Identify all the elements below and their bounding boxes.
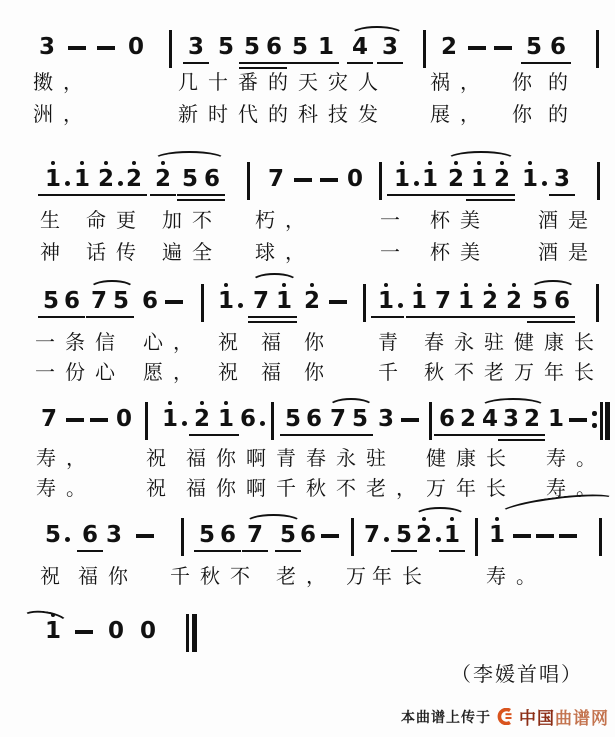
lyric-segment: 老，: [366, 478, 426, 500]
final-barline-thin: [186, 614, 189, 652]
lyric-segment: 你: [512, 104, 542, 126]
lyric-segment: 遍全: [162, 242, 222, 264]
lyric-segment: 洲，: [33, 104, 93, 126]
lyric-segment: 命更: [86, 210, 146, 232]
octave-dot: [417, 283, 421, 287]
beam-underline: [150, 194, 176, 196]
note-number: 0: [111, 406, 137, 432]
note: 2: [93, 160, 119, 208]
barline: [169, 30, 172, 68]
slur-arc: [480, 398, 546, 416]
dash-mark: [321, 534, 339, 538]
lyric-segment: 的: [548, 104, 578, 126]
note-number: 2: [93, 166, 119, 192]
barline: [363, 284, 366, 322]
note: 2: [501, 282, 527, 330]
note-number: 2: [189, 406, 215, 432]
beam-underline: [521, 62, 547, 64]
beam-underline: [417, 194, 443, 196]
octave-dot: [224, 401, 228, 405]
note-number: 0: [103, 618, 129, 644]
note: 6: [77, 516, 103, 564]
lyric-segment: 老，: [276, 566, 336, 588]
note: 6: [137, 282, 163, 330]
note: 0: [342, 160, 368, 208]
score-system: 56756171211712256一条信心，祝福你青春永驻健康长一份心愿，祝福你…: [0, 282, 615, 392]
barline: [351, 518, 354, 556]
dash-mark: [294, 178, 312, 182]
lyric-segment: 千: [378, 362, 408, 384]
note: 6: [261, 28, 287, 76]
final-barline-thick: [192, 614, 197, 652]
barline: [271, 402, 274, 440]
dash-mark: [75, 630, 93, 634]
slur-arc: [245, 514, 302, 532]
slur-arc: [530, 280, 576, 298]
lyric-segment: 酒是: [538, 210, 598, 232]
lyric-segment: 寿。: [486, 566, 546, 588]
lyric-segment: 几十番的天灾人: [178, 72, 388, 94]
lyric-segment: 你: [304, 332, 334, 354]
octave-dot: [495, 517, 499, 521]
lyric-segment: 愿，: [143, 362, 203, 384]
duration-dash: [86, 400, 112, 448]
duration-dash: [397, 400, 423, 448]
beam-underline: [387, 194, 420, 196]
lyric-segment: 福: [261, 362, 291, 384]
note-number: 6: [215, 522, 241, 548]
note-number: 6: [235, 406, 261, 432]
note: 2: [121, 160, 147, 208]
barline: [475, 518, 478, 556]
octave-dot: [400, 161, 404, 165]
lyric-segment: 一: [380, 210, 410, 232]
augmentation-dot: [65, 537, 70, 542]
note-number: 3: [34, 34, 60, 60]
beam-underline-2: [489, 199, 515, 201]
lyric-segment: 健康长: [426, 448, 516, 470]
note: 6: [59, 282, 85, 330]
lyric-segment: 新时代的科技发: [178, 104, 388, 126]
barline: [596, 284, 599, 322]
augmentation-dot: [398, 303, 403, 308]
beam-underline: [501, 316, 527, 318]
note-number: 2: [501, 288, 527, 314]
note-number: 2: [150, 166, 176, 192]
duration-dash: [464, 28, 490, 76]
note-number: 6: [59, 288, 85, 314]
barline: [423, 30, 426, 68]
footer-watermark: 本曲谱上传于 中国曲谱网: [401, 704, 609, 729]
note: 6: [301, 400, 327, 448]
lyric-segment: 话传: [86, 242, 146, 264]
note: 1: [417, 160, 443, 208]
note: 6: [235, 400, 261, 448]
note-number: 1: [213, 288, 239, 314]
lyric-segment: 一: [380, 242, 410, 264]
note: 2: [299, 282, 325, 330]
duration-dash: [161, 282, 187, 330]
slur-arc: [446, 151, 516, 169]
dash-mark: [494, 46, 512, 50]
note-number: 2: [411, 522, 437, 548]
note: 0: [123, 28, 149, 76]
lyric-segment: 祝: [218, 362, 248, 384]
note: 1: [69, 160, 95, 208]
score-system: 3035565143256擞，几十番的天灾人祸，你的洲，新时代的科技发展，你的: [0, 28, 615, 138]
dash-mark: [66, 418, 84, 422]
octave-dot: [464, 283, 468, 287]
note-number: 3: [101, 522, 127, 548]
repeat-barline-part: [600, 402, 603, 440]
duration-dash: [317, 516, 343, 564]
note: 6: [545, 28, 571, 76]
note: 5: [213, 28, 239, 76]
dash-mark: [320, 178, 338, 182]
repeat-barline-part: [592, 423, 597, 428]
dash-mark: [468, 46, 486, 50]
lyric-segment: 神: [40, 242, 70, 264]
beam-underline: [189, 434, 215, 436]
lyric-segment: 祝: [218, 332, 248, 354]
note: 3: [549, 160, 575, 208]
note-number: 3: [549, 166, 575, 192]
note: 2: [436, 28, 462, 76]
footer-site-name: 中国曲谱网: [519, 704, 609, 729]
duration-dash: [555, 516, 581, 564]
note-number: 1: [40, 166, 66, 192]
beam-underline: [199, 194, 225, 196]
note: 1: [389, 160, 415, 208]
octave-dot: [132, 161, 136, 165]
lyric-segment: 驻: [366, 448, 396, 470]
note: 5: [521, 28, 547, 76]
beam-underline-2: [199, 199, 225, 201]
note-number: 5: [287, 34, 313, 60]
slur-arc: [414, 507, 466, 525]
beam-underline: [91, 194, 124, 196]
octave-dot: [51, 161, 55, 165]
beam-underline: [549, 316, 575, 318]
dash-mark: [90, 418, 108, 422]
note-number: 1: [69, 166, 95, 192]
beam-underline: [242, 550, 268, 552]
beam-underline-2: [549, 321, 575, 323]
beam-underline: [347, 434, 373, 436]
note-number: 1: [517, 166, 543, 192]
note: 1: [406, 282, 432, 330]
beam-underline-2: [271, 321, 297, 323]
dash-mark: [569, 418, 587, 422]
duration-dash: [325, 282, 351, 330]
beam-underline-2: [519, 439, 545, 441]
note-number: 6: [137, 288, 163, 314]
note-number: 1: [389, 166, 415, 192]
lyric-segment: 杯美: [430, 242, 490, 264]
note: 5: [40, 516, 66, 564]
duration-dash: [62, 400, 88, 448]
slur-arc: [153, 151, 226, 169]
barline: [247, 162, 250, 200]
augmentation-dot: [384, 537, 389, 542]
dash-mark: [513, 534, 531, 538]
note-number: 1: [484, 522, 510, 548]
lyric-segment: 寿。: [546, 448, 606, 470]
note: 1: [517, 160, 543, 208]
score-system: 5635675675211祝福你千秋不老，万年长寿。: [0, 516, 615, 626]
barline: [181, 518, 184, 556]
lyric-segment: 福你: [78, 566, 138, 588]
note: 7: [263, 160, 289, 208]
note-number: 3: [183, 34, 209, 60]
lyric-segment: 擞，: [33, 72, 93, 94]
beam-underline: [38, 194, 71, 196]
note-number: 6: [261, 34, 287, 60]
note-number: 5: [213, 34, 239, 60]
lyric-segment: 加不: [162, 210, 222, 232]
site-logo-icon: [496, 708, 514, 725]
final-barline: [186, 614, 198, 652]
note: 1: [484, 516, 510, 564]
note-number: 2: [489, 166, 515, 192]
dash-mark: [401, 418, 419, 422]
octave-dot: [80, 161, 84, 165]
slur-arc: [350, 26, 404, 44]
barline: [379, 162, 382, 200]
lyric-segment: 福你啊: [186, 478, 276, 500]
score-system: 70121656753624321寿，祝福你啊青春永驻健康长寿。寿。祝福你啊千秋…: [0, 400, 615, 510]
note: 1: [213, 282, 239, 330]
barline: [145, 402, 148, 440]
note-number: 6: [301, 406, 327, 432]
octave-dot: [528, 161, 532, 165]
note: 7: [359, 516, 385, 564]
note: 3: [183, 28, 209, 76]
lyric-segment: 青: [378, 332, 408, 354]
duration-dash: [93, 28, 119, 76]
note-number: 0: [123, 34, 149, 60]
dash-mark: [97, 46, 115, 50]
lyric-segment: 心，: [143, 332, 203, 354]
beam-underline: [108, 316, 134, 318]
note: 1: [373, 282, 399, 330]
site-name-secondary: 曲谱网: [555, 709, 609, 728]
augmentation-dot: [182, 421, 187, 426]
duration-dash: [132, 516, 158, 564]
note-number: 6: [545, 34, 571, 60]
note: 2: [477, 282, 503, 330]
octave-dot: [200, 401, 204, 405]
repeat-barline: [592, 402, 614, 440]
beam-underline: [183, 62, 209, 64]
octave-dot: [224, 283, 228, 287]
repeat-barline-part: [592, 411, 597, 416]
lyric-segment: 祝: [146, 448, 176, 470]
note-number: 2: [436, 34, 462, 60]
lyric-segment: 万年长: [426, 478, 516, 500]
slur-arc: [328, 398, 374, 416]
lyric-segment: 千秋不: [276, 478, 366, 500]
lyric-segment: 春永驻健康长: [424, 332, 604, 354]
note-number: 2: [299, 288, 325, 314]
note-number: 3: [373, 406, 399, 432]
lyric-segment: 福: [261, 332, 291, 354]
beam-underline: [271, 316, 297, 318]
beam-underline-2: [261, 67, 287, 69]
note: 3: [101, 516, 127, 564]
duration-dash: [290, 160, 316, 208]
octave-dot: [512, 283, 516, 287]
note: 1: [157, 400, 183, 448]
octave-dot: [428, 161, 432, 165]
beam-underline: [215, 550, 241, 552]
dash-mark: [536, 534, 554, 538]
note: 6: [215, 516, 241, 564]
beam-underline: [439, 550, 465, 552]
sheet-music-page: 3035565143256擞，几十番的天灾人祸，你的洲，新时代的科技发展，你的1…: [0, 0, 615, 737]
lyric-segment: 祝: [146, 478, 176, 500]
note-number: 1: [417, 166, 443, 192]
lyric-segment: 的: [548, 72, 578, 94]
barline: [596, 30, 599, 68]
barline: [597, 162, 600, 200]
beam-underline: [453, 316, 479, 318]
lyric-segment: 祝: [40, 566, 70, 588]
beam-underline: [121, 194, 147, 196]
note-number: 7: [263, 166, 289, 192]
barline: [599, 518, 602, 556]
note-number: 1: [157, 406, 183, 432]
note: 1: [313, 28, 339, 76]
beam-underline: [261, 62, 287, 64]
note-number: 2: [121, 166, 147, 192]
note-number: 6: [199, 166, 225, 192]
duration-dash: [565, 400, 591, 448]
beam-underline: [301, 434, 327, 436]
duration-dash: [71, 612, 97, 660]
beam-underline: [377, 62, 403, 64]
note-number: 0: [135, 618, 161, 644]
beam-underline: [489, 194, 515, 196]
note-number: 1: [453, 288, 479, 314]
note-number: 7: [36, 406, 62, 432]
note: 3: [373, 400, 399, 448]
note-number: 5: [40, 522, 66, 548]
note: 2: [189, 400, 215, 448]
note-number: 2: [477, 288, 503, 314]
lyric-segment: 你: [304, 362, 334, 384]
dash-mark: [559, 534, 577, 538]
lyric-segment: 朽，: [255, 210, 315, 232]
site-name-primary: 中国: [519, 709, 555, 728]
slur-arc: [251, 273, 298, 291]
note: 7: [36, 400, 62, 448]
lyric-segment: 你: [512, 72, 542, 94]
attribution: （李媛首唱）: [451, 658, 583, 687]
footer-upload-text: 本曲谱上传于: [401, 707, 491, 727]
lyric-segment: 生: [40, 210, 70, 232]
lyric-segment: 祸，: [430, 72, 490, 94]
note-number: 1: [313, 34, 339, 60]
note: 0: [111, 400, 137, 448]
beam-underline: [477, 316, 503, 318]
dash-mark: [68, 46, 86, 50]
lyric-segment: 青春永: [276, 448, 366, 470]
duration-dash: [490, 28, 516, 76]
octave-dot: [168, 401, 172, 405]
note: 1: [453, 282, 479, 330]
octave-dot: [384, 283, 388, 287]
dash-mark: [329, 300, 347, 304]
octave-dot: [488, 283, 492, 287]
note-number: 1: [439, 522, 465, 548]
beam-underline: [313, 62, 339, 64]
beam-underline: [347, 62, 373, 64]
augmentation-dot: [260, 421, 265, 426]
note: 0: [103, 612, 129, 660]
augmentation-dot: [238, 303, 243, 308]
duration-dash: [64, 28, 90, 76]
beam-underline: [406, 316, 432, 318]
note-number: 1: [406, 288, 432, 314]
beam-underline: [519, 434, 545, 436]
lyric-segment: 展，: [430, 104, 490, 126]
dash-mark: [136, 534, 154, 538]
note: 5: [287, 28, 313, 76]
octave-dot: [104, 161, 108, 165]
lyric-segment: 福你啊: [186, 448, 276, 470]
note-number: 6: [77, 522, 103, 548]
lyric-segment: 寿。: [36, 478, 96, 500]
lyric-segment: 千秋不: [170, 566, 260, 588]
lyric-segment: 一份心: [35, 362, 125, 384]
lyric-segment: 球，: [255, 242, 315, 264]
duration-dash: [316, 160, 342, 208]
note-number: 0: [342, 166, 368, 192]
beam-underline: [371, 316, 404, 318]
barline: [429, 402, 432, 440]
beam-underline: [59, 316, 85, 318]
octave-dot: [310, 283, 314, 287]
slur-arc: [89, 280, 135, 298]
beam-underline: [549, 194, 575, 196]
augmentation-dot: [542, 181, 547, 186]
lyric-segment: 杯美: [430, 210, 490, 232]
lyric-segment: 年长: [372, 566, 432, 588]
lyric-segment: 寿，: [36, 448, 96, 470]
lyric-segment: 酒是: [538, 242, 598, 264]
note-number: 5: [521, 34, 547, 60]
beam-underline: [545, 62, 571, 64]
dash-mark: [165, 300, 183, 304]
note-number: 7: [359, 522, 385, 548]
lyric-segment: 秋不老万年长: [424, 362, 604, 384]
lyric-segment: 一条信: [35, 332, 125, 354]
note-number: 1: [373, 288, 399, 314]
beam-underline: [77, 550, 103, 552]
note-number: 1: [271, 288, 297, 314]
note: 0: [135, 612, 161, 660]
note: 1: [40, 160, 66, 208]
barline: [201, 284, 204, 322]
beam-underline: [287, 62, 313, 64]
note: 3: [34, 28, 60, 76]
score-system: 1122256701121213生命更加不朽，一杯美酒是神话传遍全球，一杯美酒是: [0, 160, 615, 270]
repeat-barline-part: [605, 402, 610, 440]
